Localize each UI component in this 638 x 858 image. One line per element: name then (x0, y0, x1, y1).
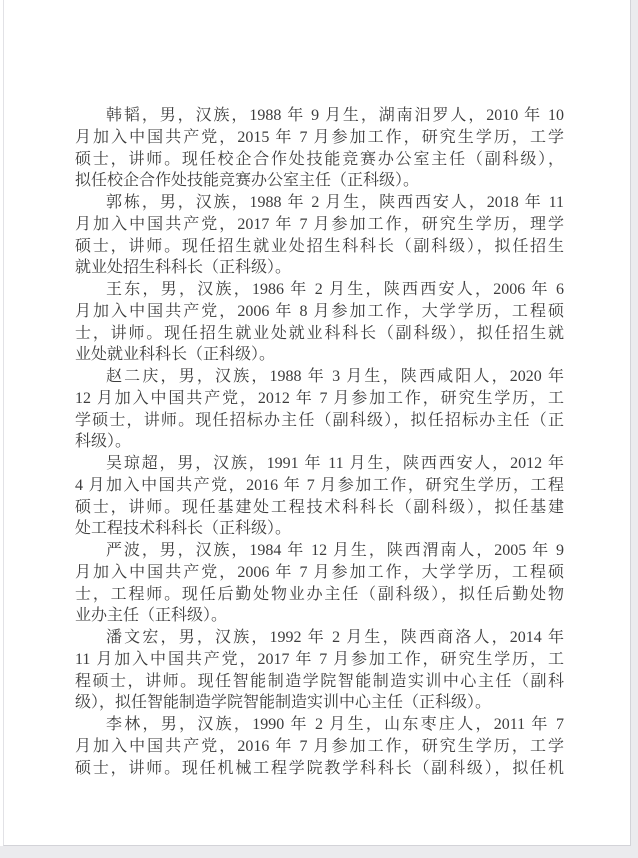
text-line: 12 月加入中国共产党，2012 年 7 月参加工作，研究生学历，工 (75, 388, 564, 410)
paragraph: 王东，男，汉族，1986 年 2 月生，陕西西安人，2006 年 6月加入中国共… (75, 279, 564, 366)
paragraph: 吴琼超，男，汉族，1991 年 11 月生，陕西西安人，2012 年4 月加入中… (75, 453, 564, 540)
document-text: 韩韬，男，汉族，1988 年 9 月生，湖南汨罗人，2010 年 10月加入中国… (75, 105, 564, 779)
text-line: 业办主任（正科级）。 (75, 605, 564, 627)
text-line: 业处就业科科长（正科级）。 (75, 344, 564, 366)
document-viewer: 韩韬，男，汉族，1988 年 9 月生，湖南汨罗人，2010 年 10月加入中国… (0, 0, 638, 858)
text-line: 月加入中国共产党，2015 年 7 月参加工作，研究生学历，工学 (75, 127, 564, 149)
text-line: 就业处招生科科长（正科级）。 (75, 257, 564, 279)
text-line: 潘文宏，男，汉族，1992 年 2 月生，陕西商洛人，2014 年 (75, 627, 564, 649)
text-line: 4 月加入中国共产党，2016 年 7 月参加工作，研究生学历，工程 (75, 475, 564, 497)
text-line: 硕士，讲师。现任招生就业处招生科科长（副科级），拟任招生 (75, 236, 564, 258)
text-line: 月加入中国共产党，2017 年 7 月参加工作，研究生学历，理学 (75, 214, 564, 236)
text-line: 硕士，讲师。现任机械工程学院教学科科长（副科级），拟任机 (75, 758, 564, 780)
text-line: 郭栋，男，汉族，1988 年 2 月生，陕西西安人，2018 年 11 (75, 192, 564, 214)
text-line: 级），拟任智能制造学院智能制造实训中心主任（正科级）。 (75, 692, 564, 714)
text-line: 拟任校企合作处技能竞赛办公室主任（正科级）。 (75, 170, 564, 192)
paragraph: 郭栋，男，汉族，1988 年 2 月生，陕西西安人，2018 年 11月加入中国… (75, 192, 564, 279)
paragraph: 潘文宏，男，汉族，1992 年 2 月生，陕西商洛人，2014 年11 月加入中… (75, 627, 564, 714)
paragraph: 赵二庆，男，汉族，1988 年 3 月生，陕西咸阳人，2020 年12 月加入中… (75, 366, 564, 453)
text-line: 硕士，讲师。现任基建处工程技术科科长（副科级），拟任基建 (75, 497, 564, 519)
document-page: 韩韬，男，汉族，1988 年 9 月生，湖南汨罗人，2010 年 10月加入中国… (3, 0, 631, 846)
viewer-background-right (631, 0, 638, 858)
viewer-background-bottom (0, 846, 638, 858)
text-line: 科级）。 (75, 431, 564, 453)
text-line: 韩韬，男，汉族，1988 年 9 月生，湖南汨罗人，2010 年 10 (75, 105, 564, 127)
text-line: 月加入中国共产党，2016 年 7 月参加工作，研究生学历，工学 (75, 736, 564, 758)
text-line: 月加入中国共产党，2006 年 7 月参加工作，大学学历，工程硕 (75, 562, 564, 584)
text-line: 士，工程师。现任后勤处物业办主任（副科级），拟任后勤处物 (75, 584, 564, 606)
text-line: 吴琼超，男，汉族，1991 年 11 月生，陕西西安人，2012 年 (75, 453, 564, 475)
text-line: 李林，男，汉族，1990 年 2 月生，山东枣庄人，2011 年 7 (75, 714, 564, 736)
text-line: 处工程技术科科长（正科级）。 (75, 518, 564, 540)
paragraph: 严波，男，汉族，1984 年 12 月生，陕西渭南人，2005 年 9月加入中国… (75, 540, 564, 627)
text-line: 硕士，讲师。现任校企合作处技能竞赛办公室主任（副科级）， (75, 149, 564, 171)
text-line: 学硕士，讲师。现任招标办主任（副科级），拟任招标办主任（正 (75, 410, 564, 432)
paragraph: 韩韬，男，汉族，1988 年 9 月生，湖南汨罗人，2010 年 10月加入中国… (75, 105, 564, 192)
paragraph: 李林，男，汉族，1990 年 2 月生，山东枣庄人，2011 年 7月加入中国共… (75, 714, 564, 779)
text-line: 月加入中国共产党，2006 年 8 月参加工作，大学学历，工程硕 (75, 301, 564, 323)
text-line: 王东，男，汉族，1986 年 2 月生，陕西西安人，2006 年 6 (75, 279, 564, 301)
text-line: 程硕士，讲师。现任智能制造学院智能制造实训中心主任（副科 (75, 671, 564, 693)
text-line: 严波，男，汉族，1984 年 12 月生，陕西渭南人，2005 年 9 (75, 540, 564, 562)
text-line: 赵二庆，男，汉族，1988 年 3 月生，陕西咸阳人，2020 年 (75, 366, 564, 388)
text-line: 11 月加入中国共产党，2017 年 7 月参加工作，研究生学历，工 (75, 649, 564, 671)
text-line: 士，讲师。现任招生就业处就业科科长（副科级），拟任招生就 (75, 323, 564, 345)
